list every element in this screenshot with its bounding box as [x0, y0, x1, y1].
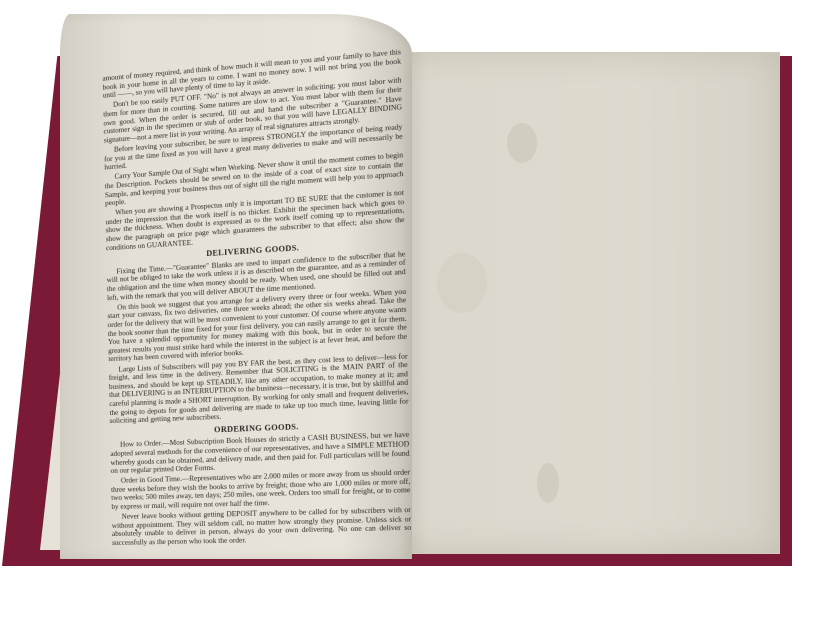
page-stain — [537, 463, 559, 503]
page-stain — [507, 123, 537, 163]
paragraph: Large Lists of Subscribers will pay you … — [108, 352, 408, 426]
paragraph: Order in Good Time.—Representatives who … — [111, 468, 411, 511]
page-speck — [135, 529, 137, 531]
right-page-blank — [396, 52, 780, 554]
page-stain — [437, 253, 487, 313]
left-page-text: amount of money required, and think of h… — [102, 48, 411, 534]
paragraph: Never leave books without getting DEPOSI… — [112, 506, 412, 548]
